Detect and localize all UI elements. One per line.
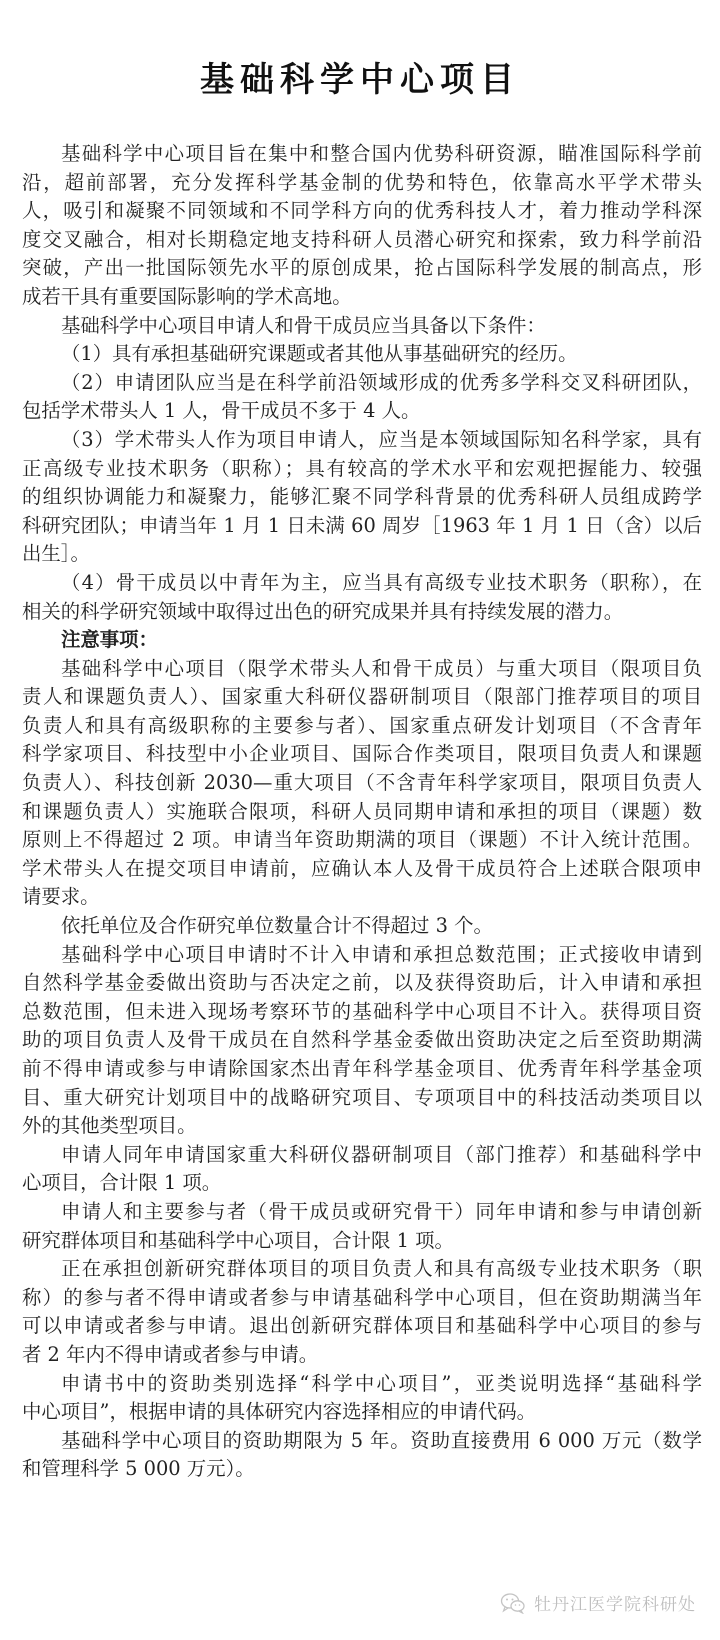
text-line: （4）骨干成员以中青年为主，应当具有高级专业技术职务（职称），在 [22, 569, 702, 598]
text-line: 研究群体项目和基础科学中心项目，合计限 1 项。 [22, 1227, 702, 1256]
paragraph: 正在承担创新研究群体项目的项目负责人和具有高级专业技术职务（职称）的参与者不得申… [22, 1255, 702, 1369]
text-line: 可以申请或者参与申请。退出创新研究群体项目和基础科学中心项目的参与 [22, 1312, 702, 1341]
text-line: （2）申请团队应当是在科学前沿领域形成的优秀多学科交叉科研团队， [22, 369, 702, 398]
text-line: 基础科学中心项目（限学术带头人和骨干成员）与重大项目（限项目负 [22, 655, 702, 684]
text-line: 注意事项： [22, 626, 702, 655]
text-line: 成若干具有重要国际影响的学术高地。 [22, 283, 702, 312]
text-line: 度交叉融合，相对长期稳定地支持科研人员潜心研究和探索，致力科学前沿 [22, 226, 702, 255]
text-line: 前不得申请或参与申请除国家杰出青年科学基金项目、优秀青年科学基金项 [22, 1055, 702, 1084]
text-line: 基础科学中心项目旨在集中和整合国内优势科研资源，瞄准国际科学前 [22, 140, 702, 169]
text-line: 相关的科学研究领域中取得过出色的研究成果并具有持续发展的潜力。 [22, 598, 702, 627]
text-line: 学术带头人在提交项目申请前，应确认本人及骨干成员符合上述联合限项申 [22, 855, 702, 884]
text-line: 基础科学中心项目申请时不计入申请和承担总数范围；正式接收申请到 [22, 941, 702, 970]
paragraph: 申请人同年申请国家重大科研仪器研制项目（部门推荐）和基础科学中心项目，合计限 1… [22, 1141, 702, 1198]
text-line: 出生］。 [22, 540, 702, 569]
text-line: 负责人和具有高级职称的主要参与者）、国家重点研发计划项目（不含青年 [22, 712, 702, 741]
text-line: 称）的参与者不得申请或者参与申请基础科学中心项目，但在资助期满当年 [22, 1284, 702, 1313]
text-line: 科研究团队；申请当年 1 月 1 日未满 60 周岁［1963 年 1 月 1 … [22, 512, 702, 541]
watermark-text: 牡丹江医学院科研处 [534, 1590, 696, 1615]
text-line: 外的其他类型项目。 [22, 1112, 702, 1141]
text-line: 基础科学中心项目申请人和骨干成员应当具备以下条件： [22, 312, 702, 341]
text-line: （1）具有承担基础研究课题或者其他从事基础研究的经历。 [22, 340, 702, 369]
text-line: 者 2 年内不得申请或者参与申请。 [22, 1341, 702, 1370]
document-body: 基础科学中心项目旨在集中和整合国内优势科研资源，瞄准国际科学前沿，超前部署，充分… [22, 140, 702, 1484]
paragraph: （2）申请团队应当是在科学前沿领域形成的优秀多学科交叉科研团队，包括学术带头人 … [22, 369, 702, 426]
text-line: 原则上不得超过 2 项。申请当年资助期满的项目（课题）不计入统计范围。 [22, 826, 702, 855]
text-line: 申请书中的资助类别选择“科学中心项目”，亚类说明选择“基础科学 [22, 1370, 702, 1399]
text-line: 目、重大研究计划项目中的战略研究项目、专项项目中的科技活动类项目以 [22, 1084, 702, 1113]
document-page: 基础科学中心项目 基础科学中心项目旨在集中和整合国内优势科研资源，瞄准国际科学前… [0, 0, 720, 1640]
paragraph: 基础科学中心项目（限学术带头人和骨干成员）与重大项目（限项目负责人和课题负责人）… [22, 655, 702, 912]
text-line: 和课题负责人）实施联合限项，科研人员同期申请和承担的项目（课题）数 [22, 798, 702, 827]
text-line: （3）学术带头人作为项目申请人，应当是本领域国际知名科学家，具有 [22, 426, 702, 455]
paragraph: 基础科学中心项目旨在集中和整合国内优势科研资源，瞄准国际科学前沿，超前部署，充分… [22, 140, 702, 312]
wechat-icon [500, 1592, 526, 1614]
text-line: 沿，超前部署，充分发挥科学基金制的优势和特色，依靠高水平学术带头 [22, 169, 702, 198]
paragraph: （4）骨干成员以中青年为主，应当具有高级专业技术职务（职称），在相关的科学研究领… [22, 569, 702, 626]
text-line: 申请人和主要参与者（骨干成员或研究骨干）同年申请和参与申请创新 [22, 1198, 702, 1227]
text-line: 依托单位及合作研究单位数量合计不得超过 3 个。 [22, 912, 702, 941]
text-line: 突破，产出一批国际领先水平的原创成果，抢占国际科学发展的制高点，形 [22, 254, 702, 283]
text-line: 包括学术带头人 1 人，骨干成员不多于 4 人。 [22, 397, 702, 426]
paragraph: 基础科学中心项目申请时不计入申请和承担总数范围；正式接收申请到自然科学基金委做出… [22, 941, 702, 1141]
paragraph: 申请书中的资助类别选择“科学中心项目”，亚类说明选择“基础科学中心项目”，根据申… [22, 1370, 702, 1427]
text-line: 自然科学基金委做出资助与否决定之前，以及获得资助后，计入申请和承担 [22, 969, 702, 998]
text-line: 和管理科学 5 000 万元）。 [22, 1455, 702, 1484]
text-line: 科学家项目、科技型中小企业项目、国际合作类项目，限项目负责人和课题 [22, 740, 702, 769]
text-line: 人，吸引和凝聚不同领域和不同学科方向的优秀科技人才，着力推动学科深 [22, 197, 702, 226]
text-line: 正在承担创新研究群体项目的项目负责人和具有高级专业技术职务（职 [22, 1255, 702, 1284]
text-line: 申请人同年申请国家重大科研仪器研制项目（部门推荐）和基础科学中 [22, 1141, 702, 1170]
watermark: 牡丹江医学院科研处 [500, 1590, 696, 1615]
paragraph: 申请人和主要参与者（骨干成员或研究骨干）同年申请和参与申请创新研究群体项目和基础… [22, 1198, 702, 1255]
section-heading: 注意事项： [22, 626, 702, 655]
paragraph: （1）具有承担基础研究课题或者其他从事基础研究的经历。 [22, 340, 702, 369]
text-line: 的组织协调能力和凝聚力，能够汇聚不同学科背景的优秀科研人员组成跨学 [22, 483, 702, 512]
page-title: 基础科学中心项目 [0, 56, 720, 104]
paragraph: 基础科学中心项目申请人和骨干成员应当具备以下条件： [22, 312, 702, 341]
text-line: 责人和课题负责人）、国家重大科研仪器研制项目（限部门推荐项目的项目 [22, 683, 702, 712]
text-line: 基础科学中心项目的资助期限为 5 年。资助直接费用 6 000 万元（数学 [22, 1427, 702, 1456]
paragraph: 基础科学中心项目的资助期限为 5 年。资助直接费用 6 000 万元（数学和管理… [22, 1427, 702, 1484]
paragraph: （3）学术带头人作为项目申请人，应当是本领域国际知名科学家，具有正高级专业技术职… [22, 426, 702, 569]
text-line: 总数范围，但未进入现场考察环节的基础科学中心项目不计入。获得项目资 [22, 998, 702, 1027]
text-line: 心项目，合计限 1 项。 [22, 1169, 702, 1198]
text-line: 中心项目”，根据申请的具体研究内容选择相应的申请代码。 [22, 1398, 702, 1427]
paragraph: 依托单位及合作研究单位数量合计不得超过 3 个。 [22, 912, 702, 941]
text-line: 负责人）、科技创新 2030—重大项目（不含青年科学家项目，限项目负责人 [22, 769, 702, 798]
text-line: 正高级专业技术职务（职称）；具有较高的学术水平和宏观把握能力、较强 [22, 455, 702, 484]
text-line: 助的项目负责人及骨干成员在自然科学基金委做出资助决定之后至资助期满 [22, 1026, 702, 1055]
text-line: 请要求。 [22, 883, 702, 912]
